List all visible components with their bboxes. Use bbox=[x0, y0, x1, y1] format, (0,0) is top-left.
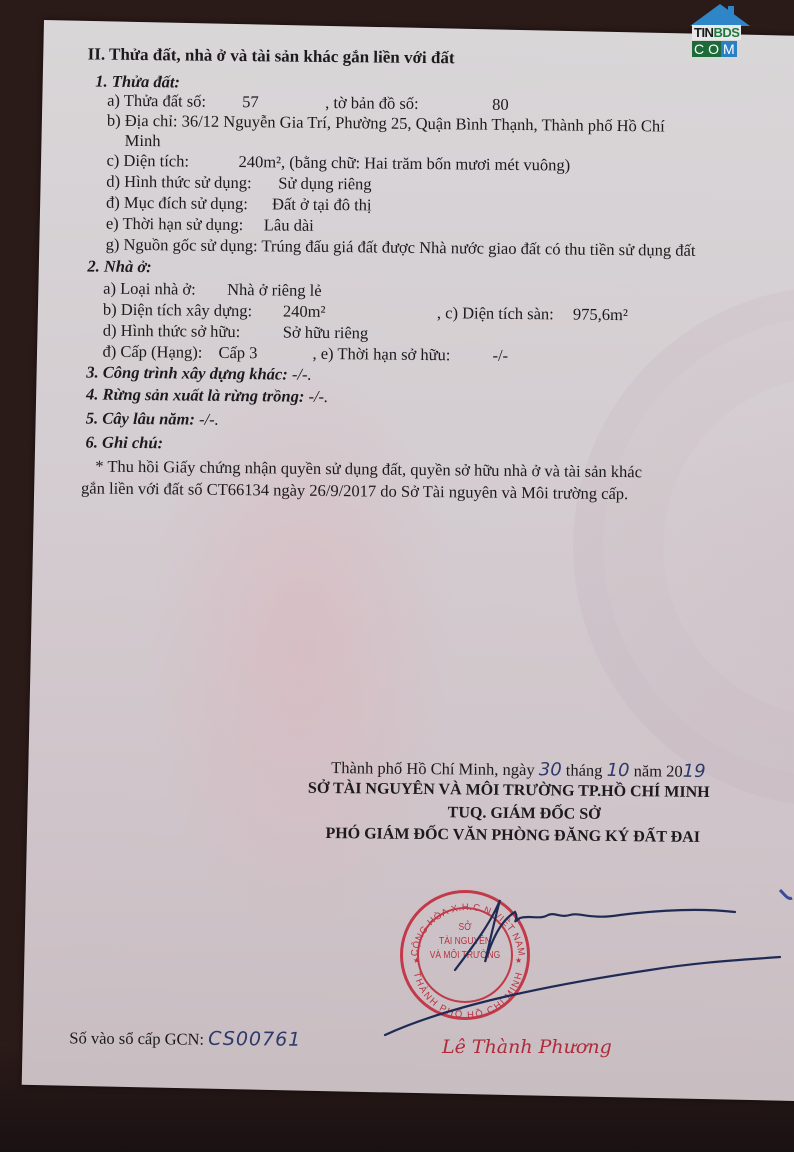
signer-name: Lê Thành Phương bbox=[442, 1036, 612, 1058]
handwritten-signature bbox=[0, 0, 794, 1152]
